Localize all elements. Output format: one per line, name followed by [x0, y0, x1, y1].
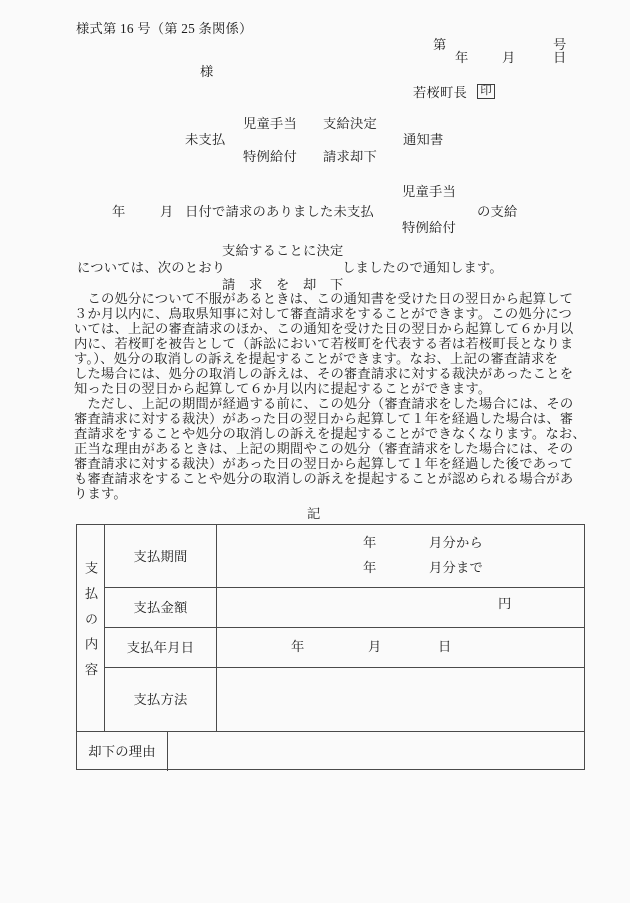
row-label-payment-method: 支払方法	[105, 667, 216, 731]
request-suffix: の支給	[477, 204, 518, 219]
title-option-special-benefit: 特例給付	[243, 149, 297, 164]
paydate-year-label: 年	[291, 639, 305, 654]
seal-character: 印	[480, 86, 492, 98]
period-year-to-label: 年	[363, 560, 377, 575]
paydate-month-label: 月	[368, 639, 382, 654]
body-line: この処分について不服があるときは、この通知書を受けた日の翌日から起算して	[74, 291, 573, 306]
request-year-label: 年	[112, 204, 126, 219]
body-line: 知った日の翌日から起算して６か月以内に提起することができます。	[74, 381, 491, 396]
body-line: ります。	[74, 486, 127, 501]
body-line: 査請求をすることや処分の取消しの訴えを提起することができなくなります。なお、	[74, 426, 586, 441]
paydate-day-label: 日	[438, 639, 452, 654]
title-option-child-allowance: 児童手当	[243, 116, 297, 131]
addressee-suffix: 様	[200, 64, 214, 79]
form-number: 様式第 16 号（第 25 条関係）	[76, 21, 252, 36]
body-line: ３か月以内に、鳥取県知事に対して審査請求をすることができます。この処分につ	[74, 306, 572, 321]
title-option-claim-rejection: 請求却下	[323, 149, 377, 164]
request-option-special-benefit: 特例給付	[402, 220, 456, 235]
decision-lead: については、次のとおり	[77, 260, 225, 275]
body-line: 内に、若桜町を被告として（訴訟において若桜町を代表する者は若桜町長となりま	[74, 336, 573, 351]
title-suffix-notice: 通知書	[403, 132, 444, 147]
period-year-from-label: 年	[363, 535, 377, 550]
request-sentence: 日付で請求のありました未支払	[185, 204, 374, 219]
body-line: も審査請求をすることや処分の取消しの訴えを提起することが認められる場合があ	[74, 471, 573, 486]
table-divider	[216, 525, 217, 731]
date-day-label: 日	[553, 50, 567, 65]
body-line: 審査請求に対する裁決）があった日の翌日から起算して１年を経過した後であって	[74, 456, 573, 471]
doc-no-prefix: 第	[433, 37, 447, 52]
body-line: した場合には、処分の取消しの訴えは、その審査請求に対する裁決があったことを	[74, 366, 573, 381]
title-prefix-unpaid: 未支払	[185, 132, 226, 147]
request-option-child-allowance: 児童手当	[402, 184, 456, 199]
row-label-rejection-reason: 却下の理由	[77, 731, 167, 771]
form-document: 様式第 16 号（第 25 条関係） 第 号 年 月 日 様 若桜町長 印 児童…	[0, 0, 630, 903]
period-month-to-label: 月分まで	[429, 560, 483, 575]
body-line: す。）、処分の取消しの訴えを提起することができます。なお、上記の審査請求を	[74, 351, 558, 366]
row-label-payment-date: 支払年月日	[105, 627, 216, 667]
body-line: ただし、上記の期間が経過する前に、この処分（審査請求をした場合には、その	[74, 396, 573, 411]
body-line: いては、上記の審査請求のほか、この通知を受けた日の翌日から起算して６か月以	[74, 321, 573, 336]
date-year-label: 年	[455, 50, 469, 65]
amount-yen-label: 円	[498, 596, 512, 611]
decision-tail: しましたので通知します。	[342, 260, 503, 275]
body-line: 審査請求に対する裁決）があった日の翌日から起算して１年を経過した場合は、審	[74, 411, 573, 426]
table-divider	[167, 731, 168, 771]
note-heading: 記	[307, 506, 321, 521]
body-line: 正当な理由があるときは、上記の期間やこの処分（審査請求をした場合には、その	[74, 441, 573, 456]
row-label-payment-amount: 支払金額	[105, 587, 216, 627]
request-month-label: 月	[160, 204, 174, 219]
decision-option-grant: 支給することに決定	[222, 243, 343, 258]
official-seal: 印	[477, 84, 495, 99]
payment-details-table: 支払の内容 支払期間 支払金額 支払年月日 支払方法 却下の理由 年 月分から …	[76, 524, 585, 770]
title-option-grant-decision: 支給決定	[323, 116, 377, 131]
date-month-label: 月	[502, 50, 516, 65]
issuer-name: 若桜町長	[413, 85, 467, 100]
decision-option-reject: 請 求 を 却 下	[222, 277, 343, 292]
row-label-payment-period: 支払期間	[105, 525, 216, 587]
table-side-header-payment-contents: 支払の内容	[83, 561, 98, 688]
period-month-from-label: 月分から	[429, 535, 483, 550]
